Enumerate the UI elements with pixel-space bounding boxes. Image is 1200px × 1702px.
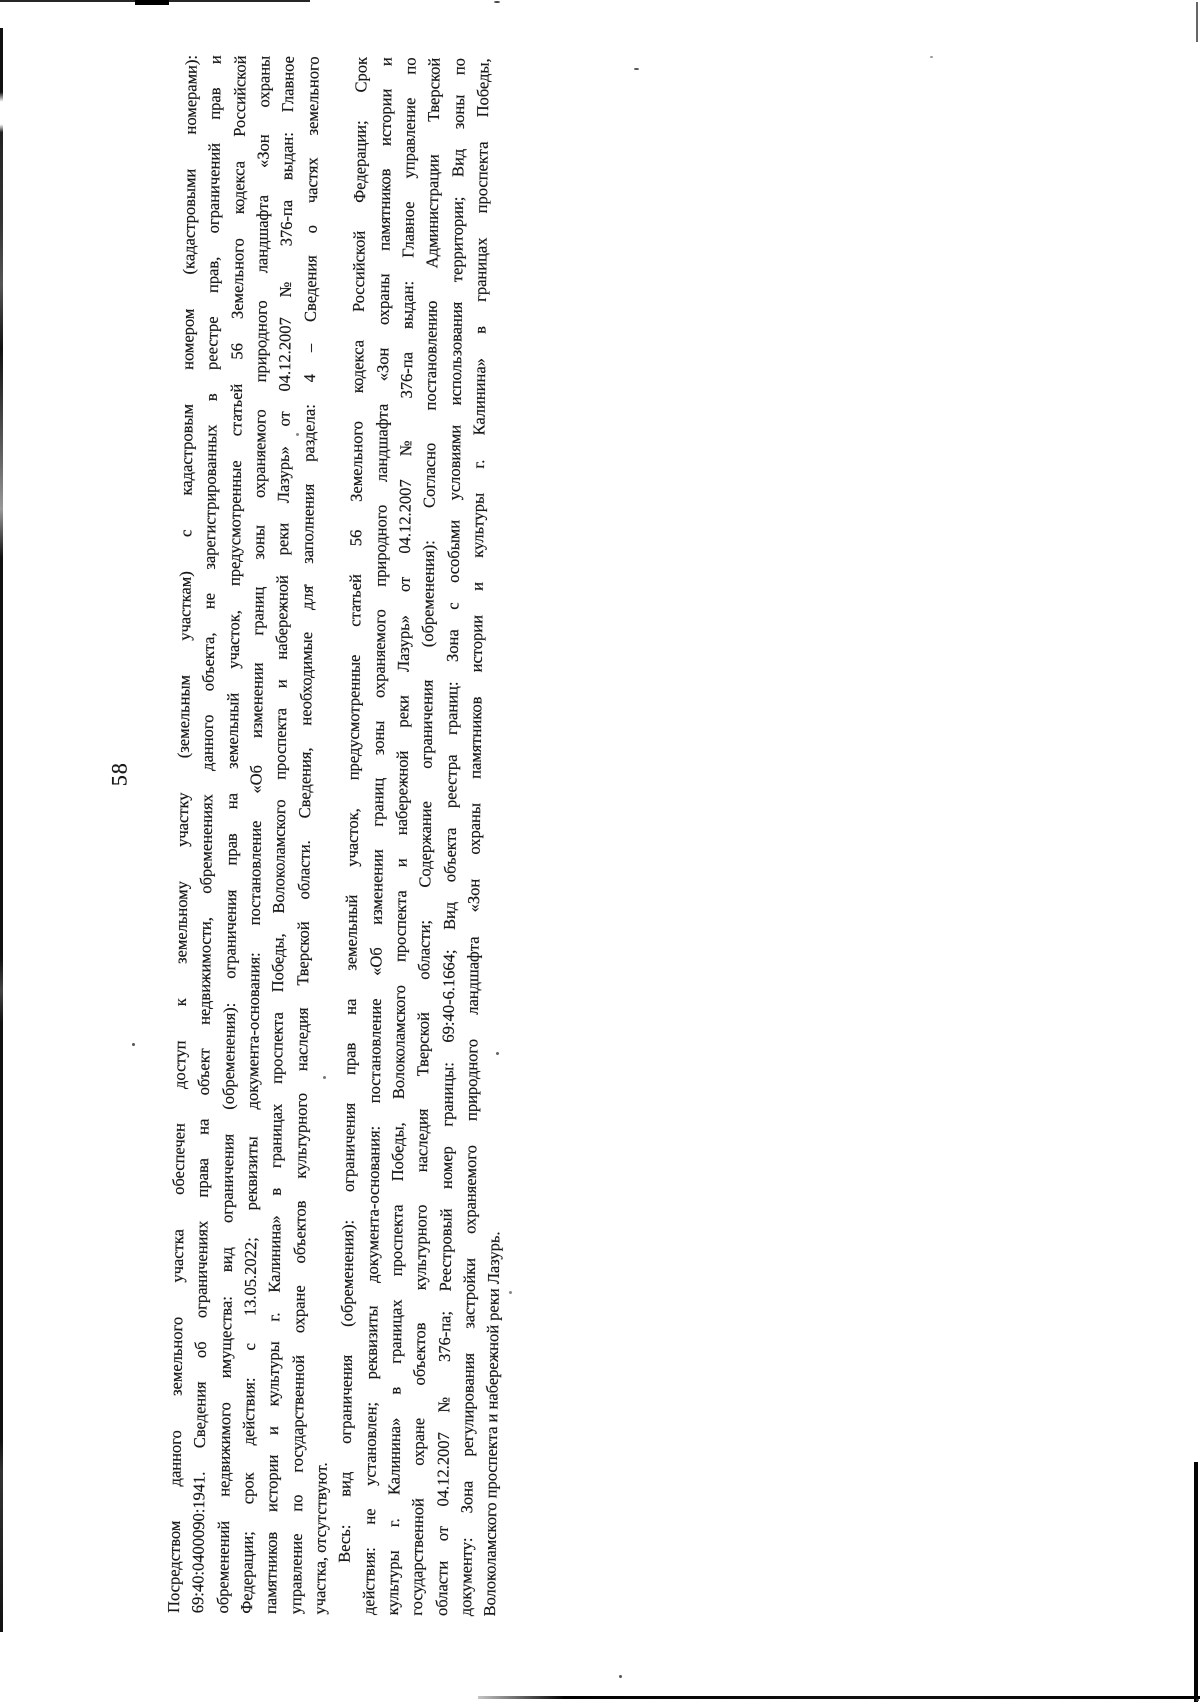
scan-speck <box>1196 1699 1199 1701</box>
scanned-page: 58 Посредством данного земельного участк… <box>0 0 1200 1702</box>
page-number: 58 <box>107 762 131 786</box>
scan-speck <box>509 1291 512 1294</box>
scan-artifact-top-blob <box>135 0 169 5</box>
scan-speck <box>634 68 639 70</box>
scan-artifact-right-top-mark <box>1196 2 1198 42</box>
scan-artifact-bottom-edge-line <box>478 1696 1200 1699</box>
scan-speck <box>494 1 500 3</box>
scan-artifact-left-edge-line <box>0 28 3 1632</box>
scan-speck <box>930 56 933 58</box>
document-text-block: 58 Посредством данного земельного участк… <box>96 54 520 1617</box>
scan-speck <box>619 1675 622 1678</box>
scan-artifact-right-edge-line <box>1194 1462 1198 1702</box>
